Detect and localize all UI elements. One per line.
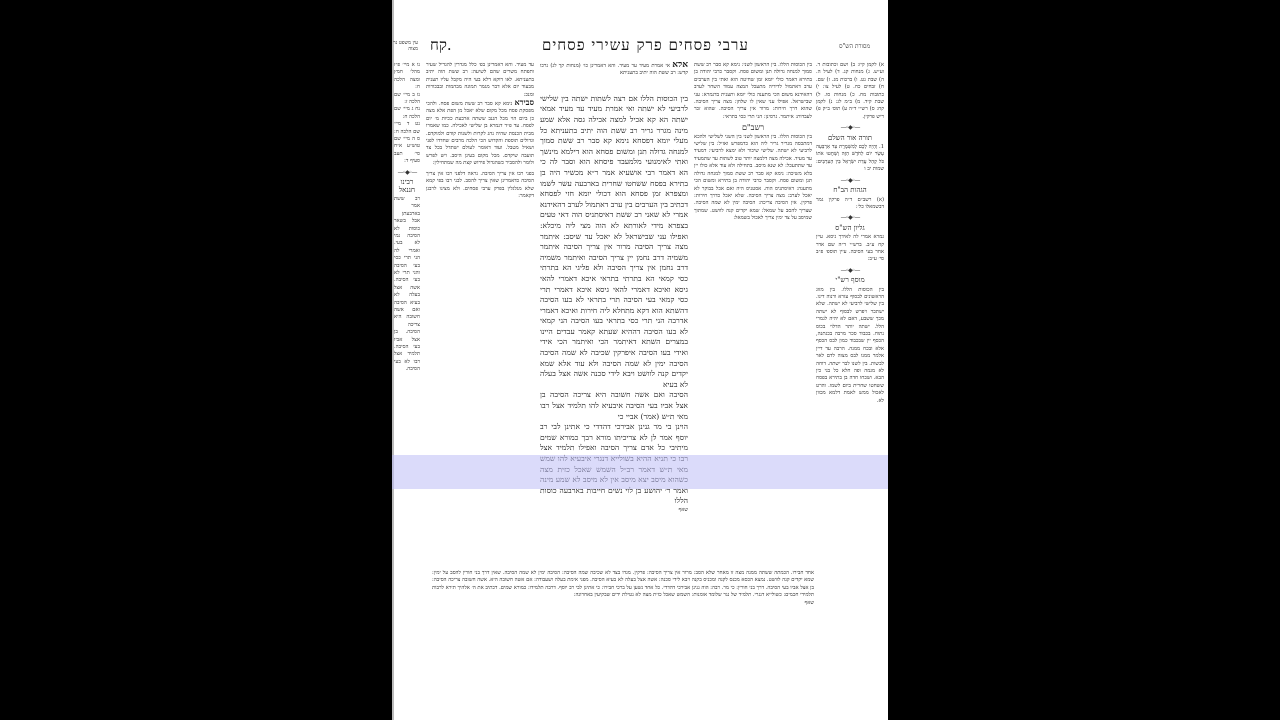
musaf-rashi-text: בין הכוסות הללו. בין מזוג הראשונים לבסוף… bbox=[816, 287, 884, 406]
tosafot-text-top: עד מעיד. והא דאמרינן בפ׳ כלל מגדרין להגד… bbox=[426, 62, 534, 99]
masoret-hashas-entries: א) לקמן קיז: ב) ושם וכתובות ד. וע״ש. ג) … bbox=[816, 62, 884, 121]
ornament-divider: —◦◆◦— bbox=[394, 169, 420, 176]
ein-mishpat-entries: נו א מיי׳ פ״ז מהל׳ חמץ ומצה הלכה ח: נז ב… bbox=[394, 62, 420, 166]
tosafot-footer: בפני רבו אין צריך הסיבה. נראה דלפני רבו … bbox=[426, 171, 534, 201]
gemara-opening-word: אלא bbox=[672, 62, 688, 70]
hagahot-text: (א) רשב״ם ד״ה פרקין גמר דבשמאלו כל׳: bbox=[816, 197, 884, 212]
tosafot-heading: סבירא bbox=[514, 97, 534, 107]
masoret-label: מסורת הש"ס bbox=[839, 43, 870, 50]
page-header: עין משפט נר מצוה קח. ערבי פסחים פרק עשיר… bbox=[392, 36, 888, 58]
bottom-commentary-text: אחד חבירו. הכמתה ששתה ממנה מצה זו מאחר ש… bbox=[432, 570, 814, 600]
rashi-column: בין הכוסות הללו. בין הראשון לשני: נימא ק… bbox=[694, 62, 812, 542]
gemara-shaf: שאף bbox=[540, 507, 688, 514]
folio-number: קח. bbox=[430, 36, 452, 55]
hagahot-heading: הגהות הב"ח bbox=[816, 187, 884, 194]
gilyon-text: גמרא אמרי לה לאידך גיסא. עיין קח ע״ב. בר… bbox=[816, 234, 884, 264]
rashbam-text: בין הכוסות הללו. בין הראשון לשני בין השנ… bbox=[694, 134, 812, 223]
ein-mishpat-entry: נח ג מיי׳ שם הלכה ח: bbox=[394, 106, 420, 121]
right-margin: א) לקמן קיז: ב) ושם וכתובות ד. וע״ש. ג) … bbox=[816, 62, 884, 662]
rashbam-heading: רשב"ם bbox=[694, 124, 812, 131]
gemara-text: בין הכוסות הללו אם רצה לשתות ישתה בין של… bbox=[540, 94, 688, 391]
gemara-column: אלא אי אמרת מעיד ער מעיד. והא דאמרינן כו… bbox=[540, 62, 688, 592]
torah-or-heading: תורה אור השלם bbox=[816, 135, 884, 142]
tractate-title: ערבי פסחים פרק עשירי פסחים bbox=[542, 36, 749, 55]
torah-or-text: 1. וְהָיָה לָכֶם לְמִשְׁמֶרֶת עַד אַרְבָ… bbox=[816, 144, 884, 174]
ornament-divider: —◦◆◦— bbox=[816, 214, 884, 221]
rabbeinu-chananel-heading: רבינו חננאל bbox=[394, 179, 420, 194]
gemara-opening: אלא אי אמרת מעיד ער מעיד. והא דאמרינן כו… bbox=[540, 62, 688, 78]
musaf-rashi-heading: מוסף רש"י bbox=[816, 277, 884, 284]
tosafot-column: עד מעיד. והא דאמרינן בפ׳ כלל מגדרין להגד… bbox=[426, 62, 534, 522]
ein-mishpat-entry: נז ב מיי׳ שם הלכה ז: bbox=[394, 92, 420, 107]
rabbeinu-chananel-text: רב ששת אמר בארבעתן אבל בשאר כוסות לא הסי… bbox=[394, 196, 420, 374]
ein-mishpat-entry: נט ד מיי׳ שם הלכה ח: bbox=[394, 121, 420, 136]
gemara-highlighted-text: הסיבה ואם אשה חשובה היא צריכה הסיבה בן א… bbox=[540, 390, 688, 422]
gilyon-heading: גליון הש"ס bbox=[816, 225, 884, 232]
tosafot-body: סבירא נימא קא סבר רב ששת משום פסח. ולהכי… bbox=[426, 99, 534, 168]
ornament-divider: —◦◆◦— bbox=[816, 267, 884, 274]
talmud-page: עין משפט נר מצוה קח. ערבי פסחים פרק עשיר… bbox=[392, 0, 888, 720]
rashi-text: בין הכוסות הללו. בין הראשון לשני: נימא ק… bbox=[694, 62, 812, 121]
ein-mishpat-entry: נו א מיי׳ פ״ז מהל׳ חמץ ומצה הלכה ח: bbox=[394, 62, 420, 92]
ein-mishpat-entry: ס ה מיי׳ שם טוש״ע א״ח סי׳ תעב סעיף ד: bbox=[394, 136, 420, 166]
bottom-commentary: אחד חבירו. הכמתה ששתה ממנה מצה זו מאחר ש… bbox=[432, 570, 814, 670]
tosafot-text: נימא קא סבר רב ששת משום פסח. ולהכי מפסקת… bbox=[426, 101, 534, 166]
ornament-divider: —◦◆◦— bbox=[816, 177, 884, 184]
left-margin: נו א מיי׳ פ״ז מהל׳ חמץ ומצה הלכה ח: נז ב… bbox=[394, 62, 420, 462]
gemara-text-after: הוינן בי מר גנינן אבירכי דהדדי כי אתינן … bbox=[540, 422, 688, 507]
bottom-shaf: שאף bbox=[432, 600, 814, 607]
ein-mishpat-label: עין משפט נר מצוה bbox=[392, 40, 418, 52]
gemara-opening-text: אי אמרת מעיד ער מעיד. והא דאמרינן כו׳ (מ… bbox=[540, 63, 688, 76]
ornament-divider: —◦◆◦— bbox=[816, 124, 884, 131]
